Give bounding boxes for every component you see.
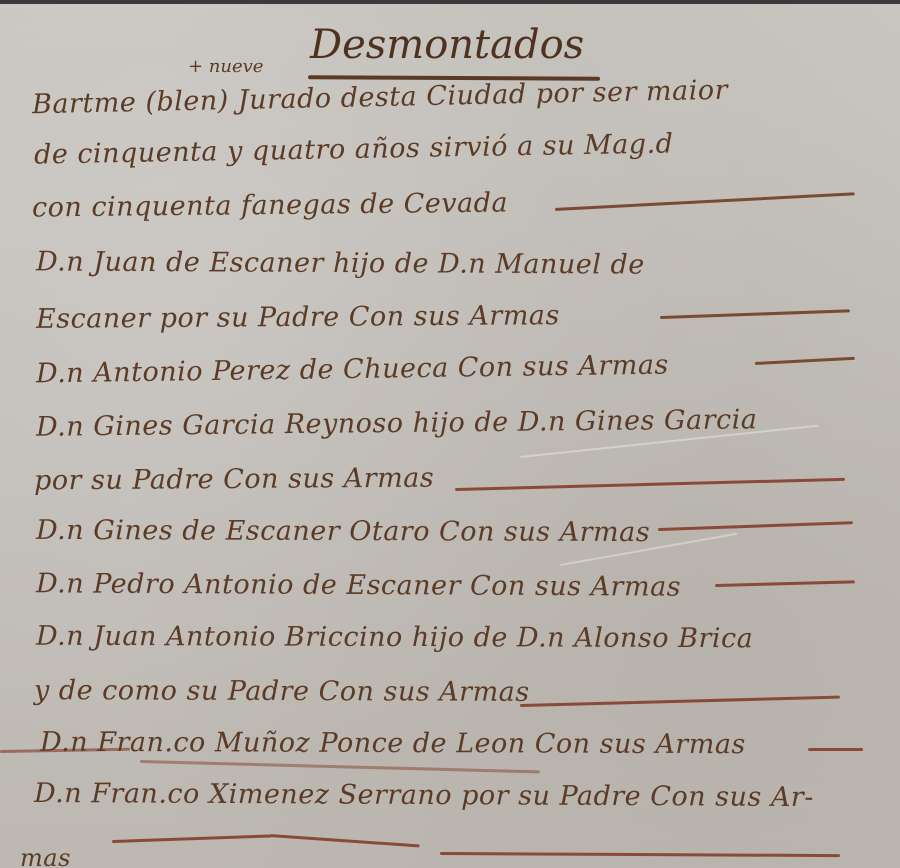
manuscript-line: D.n Pedro Antonio de Escaner Con sus Arm… (36, 568, 681, 602)
line-filler-rule (440, 852, 840, 857)
manuscript-line: D.n Fran.co Muñoz Ponce de Leon Con sus … (40, 727, 746, 760)
line-filler-rule (808, 748, 863, 751)
line-filler-rule (270, 834, 420, 847)
manuscript-line: D.n Gines de Escaner Otaro Con sus Armas (36, 515, 650, 548)
manuscript-line: D.n Juan Antonio Briccino hijo de D.n Al… (36, 621, 753, 655)
manuscript-line: D.n Gines Garcia Reynoso hijo de D.n Gin… (36, 404, 758, 443)
line-filler-rule (658, 521, 853, 530)
line-filler-rule (140, 760, 540, 773)
line-filler-rule (715, 580, 855, 586)
line-filler-rule (520, 696, 840, 707)
manuscript-line: Bartme (blen) Jurado desta Ciudad por se… (32, 75, 729, 121)
line-filler-rule (660, 309, 850, 318)
line-filler-rule (555, 192, 855, 210)
manuscript-line: D.n Antonio Perez de Chueca Con sus Arma… (36, 350, 669, 390)
document-heading: Desmontados (310, 22, 584, 68)
manuscript-line: mas (20, 844, 71, 868)
manuscript-line: de cinquenta y quatro años sirvió a su M… (34, 128, 674, 170)
line-filler-rule (455, 478, 845, 491)
line-filler-rule (755, 357, 855, 365)
manuscript-line: D.n Fran.co Ximenez Serrano por su Padre… (34, 778, 814, 813)
line-filler-rule (112, 834, 272, 842)
manuscript-line: Escaner por su Padre Con sus Armas (36, 300, 560, 335)
manuscript-line: D.n Juan de Escaner hijo de D.n Manuel d… (36, 246, 645, 280)
manuscript-page: + nueve Desmontados Bartme (blen) Jurado… (0, 4, 900, 868)
margin-note: + nueve (188, 56, 263, 77)
manuscript-line: y de como su Padre Con sus Armas (34, 675, 530, 708)
manuscript-line: por su Padre Con sus Armas (34, 463, 434, 497)
manuscript-line: con cinquenta fanegas de Cevada (32, 188, 508, 224)
